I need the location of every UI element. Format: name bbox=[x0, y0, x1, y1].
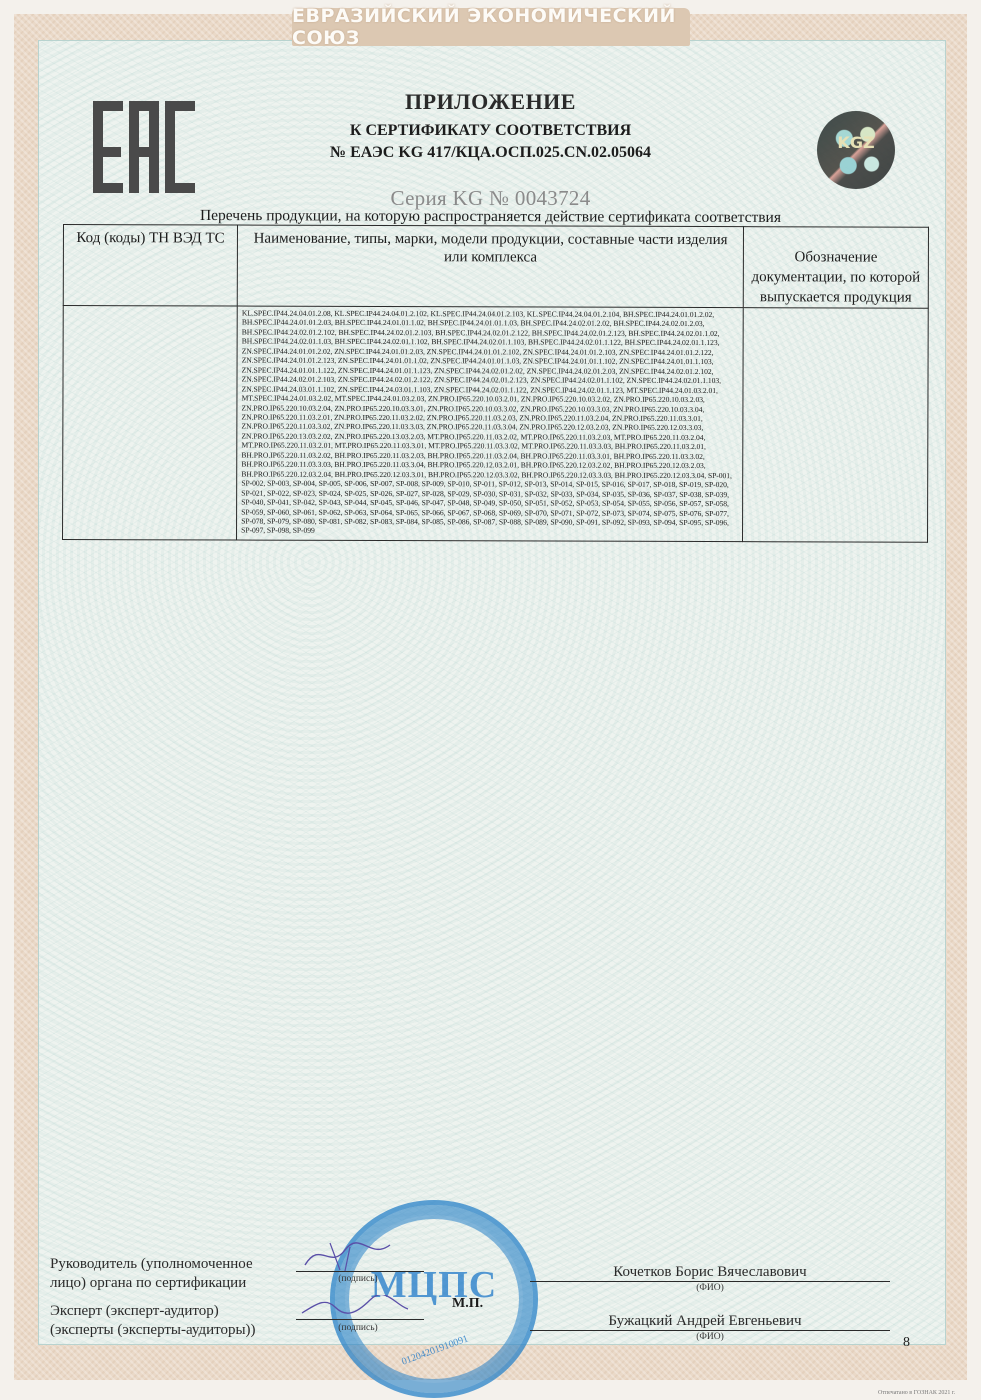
expert-signature-icon bbox=[300, 1295, 410, 1320]
head-fio-line bbox=[530, 1281, 890, 1282]
cell-documentation bbox=[743, 308, 929, 542]
expert-label-line2: (эксперты (эксперты-аудиторы)) bbox=[50, 1321, 256, 1340]
cell-code bbox=[63, 306, 238, 540]
head-signature-icon bbox=[300, 1235, 400, 1275]
header-documentation: Обозначение документации, по которой вып… bbox=[743, 227, 928, 309]
head-of-body-label: Руководитель (уполномоченное лицо) орган… bbox=[50, 1255, 253, 1293]
head-name: Кочетков Борис Вячеславович bbox=[560, 1264, 860, 1281]
document-subtitle: К СЕРТИФИКАТУ СООТВЕТСТВИЯ bbox=[0, 122, 981, 140]
head-fio-caption: (ФИО) bbox=[680, 1283, 740, 1293]
printer-note: Отпечатано в ГОЗНАК 2021 г. bbox=[878, 1390, 955, 1396]
expert-signature-caption: (подпись) bbox=[318, 1323, 398, 1333]
header-code: Код (коды) ТН ВЭД ТС bbox=[63, 225, 237, 307]
table-row: KL.SPEC.IP44.24.04.01.2.08, KL.SPEC.IP44… bbox=[63, 306, 929, 543]
document-title: ПРИЛОЖЕНИЕ bbox=[0, 89, 981, 115]
expert-fio-caption: (ФИО) bbox=[680, 1332, 740, 1342]
product-table: Код (коды) ТН ВЭД ТС Наименование, типы,… bbox=[62, 224, 929, 543]
header-name: Наименование, типы, марки, модели продук… bbox=[237, 225, 743, 308]
expert-label: Эксперт (эксперт-аудитор) (эксперты (экс… bbox=[50, 1302, 256, 1340]
seal-placeholder: М.П. bbox=[452, 1296, 483, 1312]
eurasian-union-banner: ЕВРАЗИЙСКИЙ ЭКОНОМИЧЕСКИЙ СОЮЗ bbox=[292, 8, 690, 46]
head-label-line2: лицо) органа по сертификации bbox=[50, 1274, 253, 1293]
cell-product-models: KL.SPEC.IP44.24.04.01.2.08, KL.SPEC.IP44… bbox=[237, 306, 744, 541]
expert-name: Бужацкий Андрей Евгеньевич bbox=[555, 1313, 855, 1330]
expert-fio-line bbox=[530, 1330, 890, 1331]
table-header-row: Код (коды) ТН ВЭД ТС Наименование, типы,… bbox=[63, 225, 928, 309]
head-signature-caption: (подпись) bbox=[318, 1274, 398, 1284]
page-number: 8 bbox=[903, 1335, 910, 1351]
certificate-number: № ЕАЭС KG 417/КЦА.ОСП.025.CN.02.05064 bbox=[0, 144, 981, 162]
expert-label-line1: Эксперт (эксперт-аудитор) bbox=[50, 1302, 256, 1321]
head-label-line1: Руководитель (уполномоченное bbox=[50, 1255, 253, 1274]
